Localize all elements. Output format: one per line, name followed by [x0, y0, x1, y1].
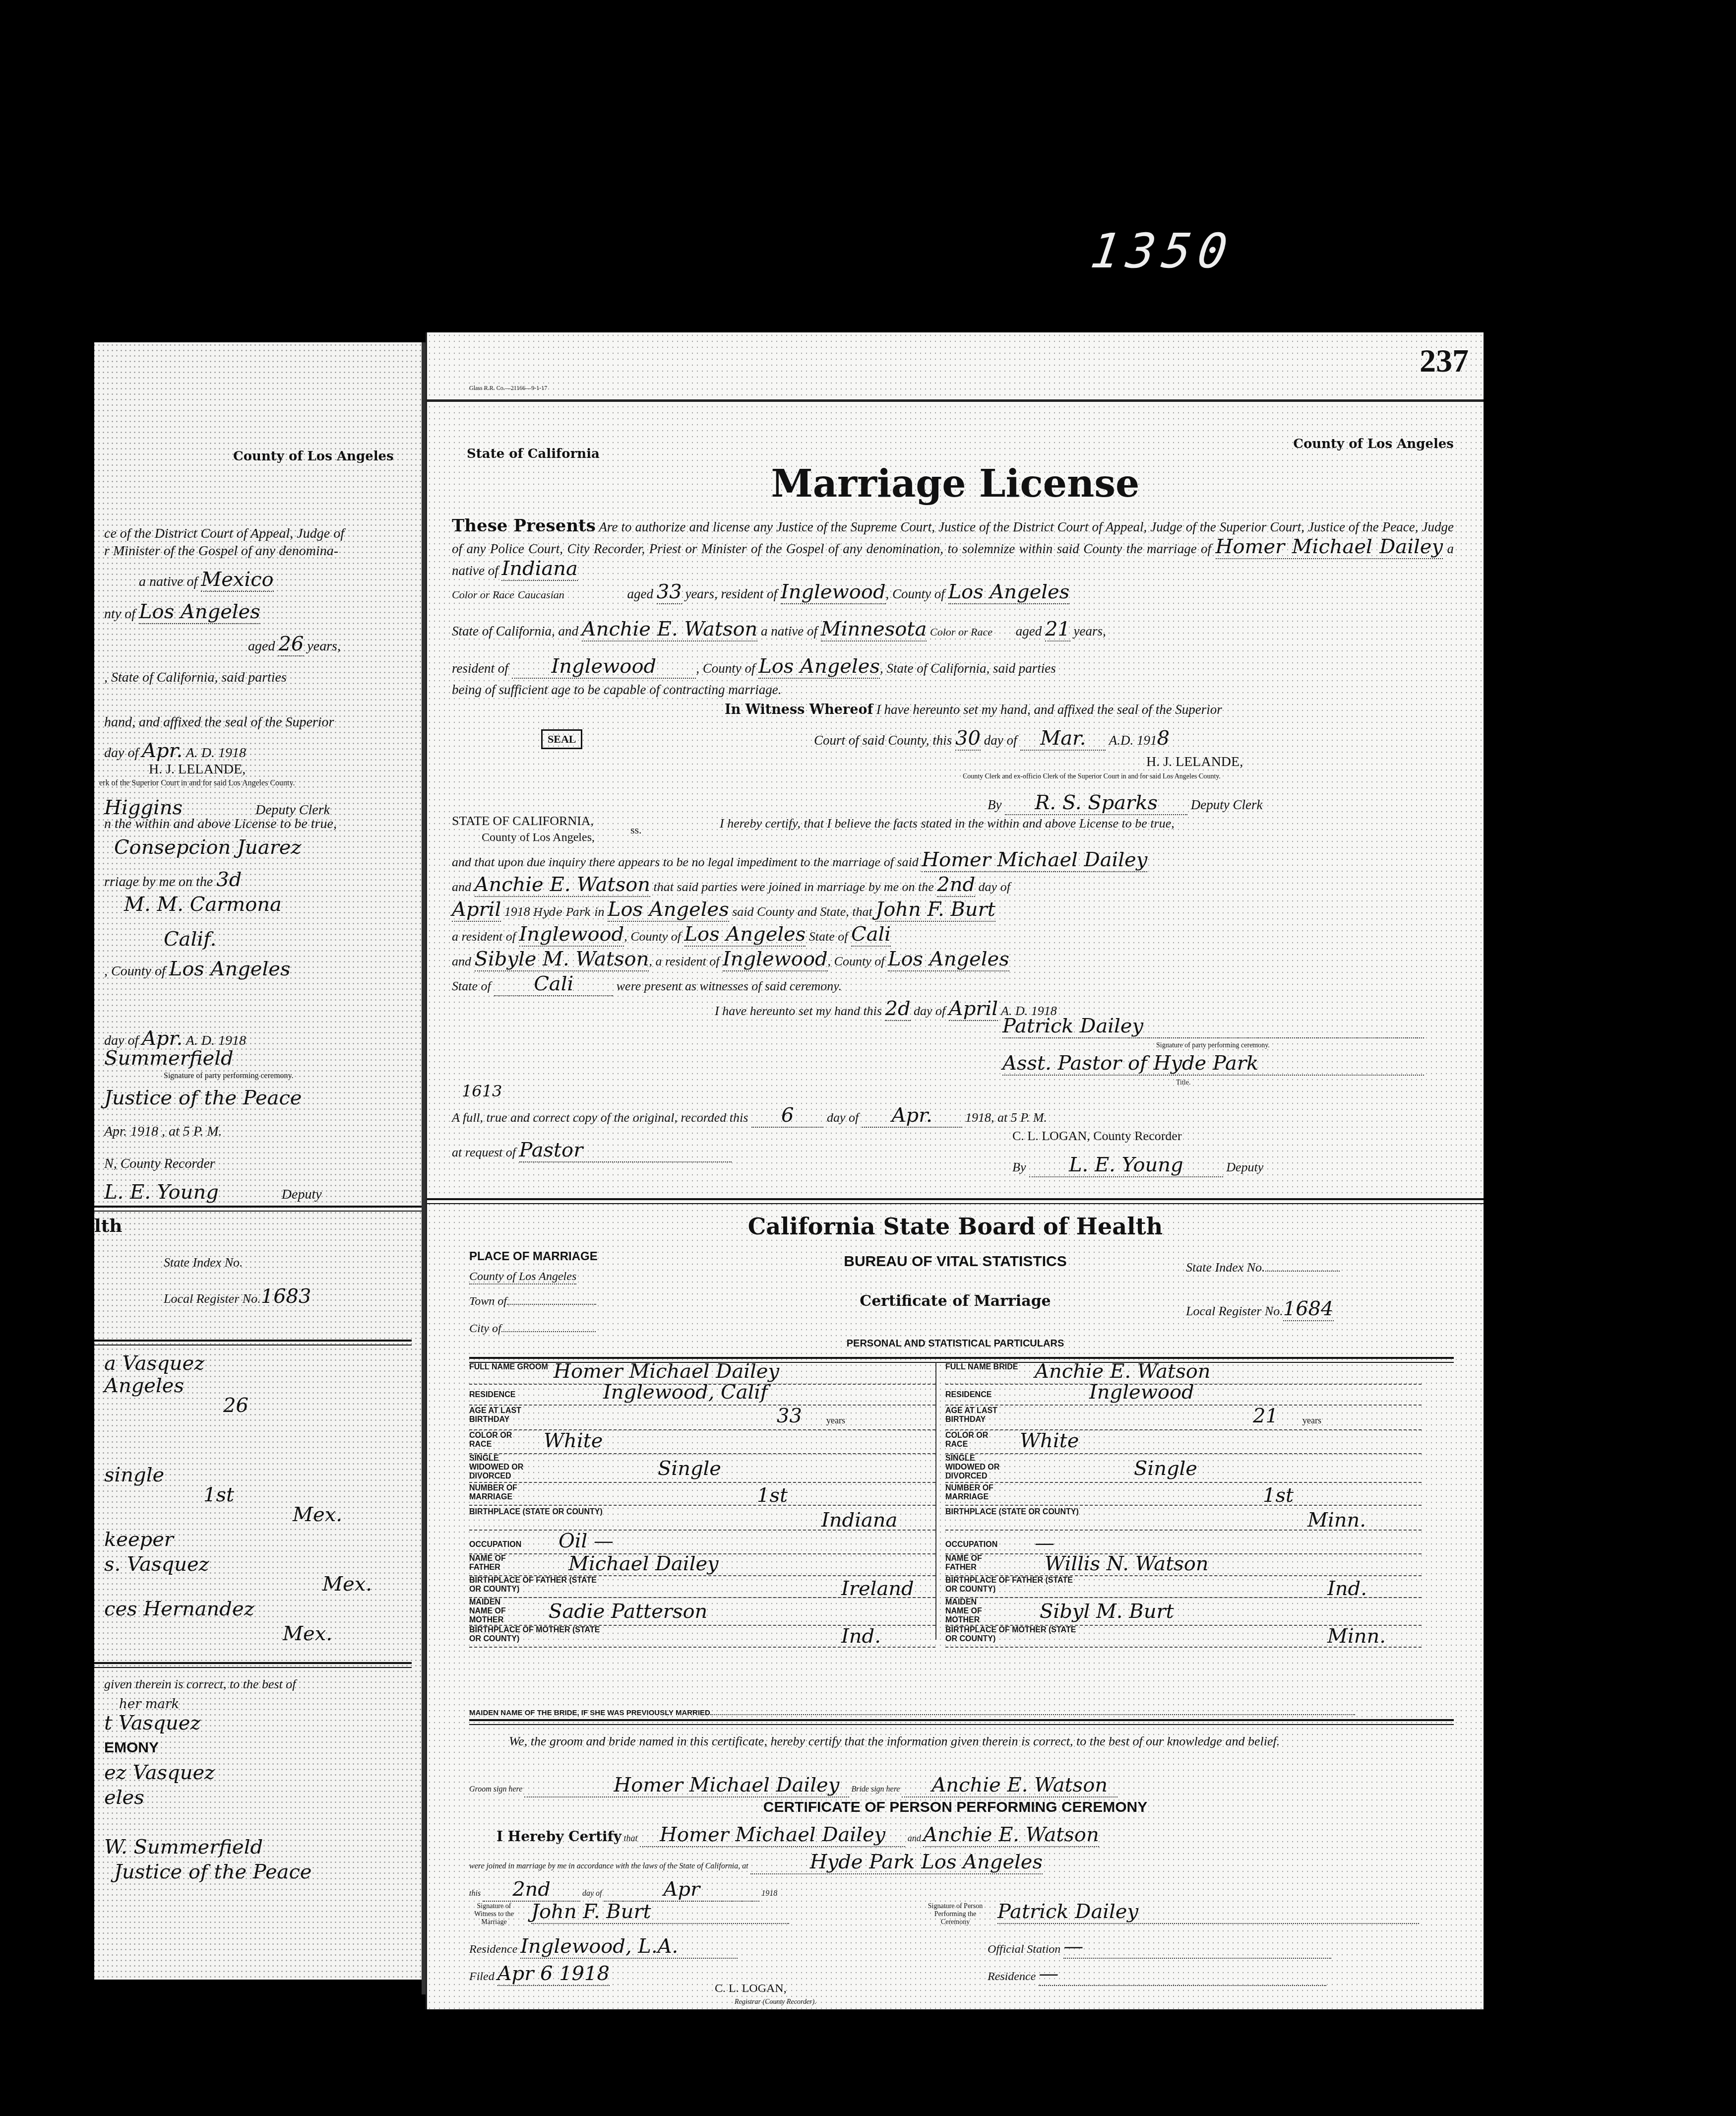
label: this [469, 1889, 481, 1898]
present-line: State of Cali were present as witnesses … [452, 972, 1454, 995]
county-of-la-label: County of Los Angeles, [482, 831, 595, 844]
label: County of [630, 929, 681, 944]
groom-row: BIRTHPLACE (State or County)Indiana [469, 1505, 935, 1531]
label: FULL NAME GROOM [469, 1363, 549, 1372]
label: Local Register No. [164, 1291, 261, 1306]
city-field [501, 1331, 596, 1332]
microfilm-frame-number: 1350 [1087, 223, 1238, 279]
label: BIRTHPLACE OF FATHER (State or County) [469, 1576, 608, 1594]
label: SINGLE WIDOWED OR DIVORCED [469, 1454, 539, 1481]
local-register-label: Local Register No. [1186, 1304, 1283, 1318]
county-recorder: C. L. LOGAN, County Recorder [1012, 1129, 1182, 1144]
label: BIRTHPLACE OF MOTHER (State or County) [469, 1626, 608, 1644]
left-performer-frag: W. Summerfield [104, 1836, 263, 1859]
performer-signature: Patrick Dailey [997, 1900, 1419, 1924]
clerk-title: County Clerk and ex-officio Clerk of the… [963, 773, 1221, 781]
label: and that upon due inquiry there appears … [452, 855, 919, 869]
left-affirm-frag: given therein is correct, to the best of [104, 1677, 296, 1692]
label: aged [1016, 624, 1042, 639]
bride-father-name: Willis N. Watson [1045, 1552, 1209, 1575]
label: that said parties were joined in marriag… [654, 880, 934, 894]
ceremony-date-line: this 2nd day of Apr 1918 [469, 1878, 777, 1901]
label: A. D. 1918 [186, 745, 246, 761]
left-frag-line: r Minister of the Gospel of any denomina… [104, 543, 338, 559]
bride-native-of: Minnesota [821, 618, 927, 641]
left-bride-name: Consepcion Juarez [114, 836, 302, 859]
sig-label: Signature of party performing ceremony. [1156, 1042, 1270, 1050]
recorder-deputy-line: By L. E. Young Deputy [1012, 1154, 1454, 1176]
groom-occupation: Oil — [558, 1530, 614, 1552]
left-occ: keeper [104, 1528, 174, 1551]
left-health-fragment: lth [94, 1216, 122, 1236]
bride-name: Anchie E. Watson [582, 618, 758, 641]
left-sig-label: Signature of party performing ceremony. [164, 1072, 294, 1081]
left-age: 26 [278, 633, 304, 656]
recorder-deputy-signature: L. E. Young [1029, 1154, 1223, 1177]
left-ceremony-frag: EMONY [104, 1741, 159, 1754]
groom-native-of: Indiana [501, 557, 577, 581]
left-sig-frag: t Vasquez [104, 1712, 201, 1734]
filed-date: Apr 6 1918 [497, 1962, 610, 1986]
license-title: Marriage License [427, 461, 1484, 506]
witness2-residence: Inglewood [723, 948, 828, 971]
divider [94, 1662, 412, 1668]
label: years, [1074, 624, 1106, 639]
groom-marriage-number: 1st [757, 1484, 788, 1507]
groom-row: BIRTHPLACE OF MOTHER (State or County)In… [469, 1625, 935, 1648]
label: in [594, 904, 604, 919]
left-county: Los Angeles [139, 600, 260, 624]
label: RESIDENCE [945, 1389, 992, 1402]
recorded-day: 6 [751, 1104, 823, 1128]
groom-status-value: Single [658, 1457, 721, 1480]
label: Caucasian [518, 588, 564, 601]
top-rule [427, 399, 1484, 402]
bride-residence-value: Inglewood [1089, 1381, 1194, 1404]
groom-details-line: Color or Race Caucasian aged 33 years, r… [452, 580, 1454, 603]
bride-row: BIRTHPLACE OF FATHER (State or County)In… [945, 1575, 1422, 1598]
left-recorder: N, County Recorder [104, 1156, 215, 1172]
bride-row: NAME OF FATHERWillis N. Watson [945, 1553, 1422, 1576]
witness1-line: a resident of Inglewood, County of Los A… [452, 923, 1454, 946]
left-mother: ces Hernandez [104, 1598, 254, 1620]
label: day of [582, 1889, 602, 1898]
groom-age-value: 33 [777, 1405, 802, 1427]
local-register-number: 1684 [1283, 1297, 1334, 1321]
performer-residence: — [1039, 1962, 1326, 1986]
label: BIRTHPLACE OF MOTHER (State or County) [945, 1626, 1084, 1644]
left-married-day: 3d [216, 868, 242, 891]
recorded-line: A full, true and correct copy of the ori… [452, 1104, 1454, 1127]
label: NUMBER OF MARRIAGE [945, 1484, 1010, 1502]
groom-row: BIRTHPLACE OF FATHER (State or County)Ir… [469, 1575, 935, 1598]
left-her-mark: her mark [119, 1697, 179, 1712]
cert-place: Los Angeles [608, 898, 729, 922]
left-clerk-title: erk of the Superior Court in and for sai… [99, 779, 295, 788]
label: years, [307, 639, 341, 654]
left-bp: Mex. [293, 1503, 342, 1526]
label: years [1302, 1415, 1321, 1426]
label: years [826, 1415, 845, 1426]
state-header: State of California [467, 447, 600, 461]
label: By [1012, 1160, 1026, 1174]
label: day of [827, 1110, 859, 1125]
official-station: — [1063, 1935, 1331, 1959]
label: , County of [104, 963, 166, 979]
groom-county: Los Angeles [948, 580, 1070, 604]
label: County of [892, 586, 945, 601]
groom-row: AGE AT LAST BIRTHDAY33years [469, 1405, 935, 1430]
state-index-field [1265, 1271, 1340, 1272]
label: Court of said County, this [814, 733, 952, 748]
particulars-label: PERSONAL AND STATISTICAL PARTICULARS [427, 1337, 1484, 1350]
ceremony-year: 1918 [761, 1889, 777, 1898]
label: that [624, 1833, 638, 1843]
witness-signature: John F. Burt [531, 1900, 789, 1924]
label: RESIDENCE [469, 1389, 515, 1402]
cert-bride: Anchie E. Watson [923, 1823, 1099, 1847]
book-gutter [422, 342, 426, 1994]
witness1-state: Cali [851, 923, 891, 947]
label: Color or Race [452, 588, 514, 601]
groom-row: MAIDEN NAME OF MOTHERSadie Patterson [469, 1597, 935, 1626]
cert-bride-name: Anchie E. Watson [475, 873, 651, 897]
left-age2: 26 [223, 1394, 248, 1417]
left-performer-title: Justice of the Peace [114, 1860, 312, 1883]
left-status: single [104, 1464, 164, 1486]
left-clerk: H. J. LELANDE, [149, 762, 246, 777]
label: Color or Race [930, 626, 992, 638]
label: 1918 [965, 1110, 991, 1125]
label: County of [703, 661, 755, 676]
groom-birthplace: Indiana [821, 1509, 897, 1532]
left-within-text: n the within and above License to be tru… [104, 816, 337, 832]
label: By [988, 797, 1001, 812]
sign-month: April [949, 997, 998, 1021]
place-county: County of Los Angeles [469, 1270, 576, 1284]
left-deputy2: L. E. Young [104, 1181, 219, 1204]
label: OCCUPATION [469, 1539, 521, 1551]
left-page-fragment: County of Los Angeles ce of the District… [74, 342, 422, 1980]
label: Deputy [282, 1187, 322, 1202]
bride-row: SINGLE WIDOWED OR DIVORCEDSingle [945, 1453, 1422, 1483]
label: a native of [761, 624, 817, 639]
cert-month: April [452, 898, 501, 922]
label: day of [914, 1004, 945, 1018]
left-officiant-sig: Summerfield [104, 1047, 234, 1070]
label: BIRTHPLACE (State or County) [469, 1507, 618, 1518]
request-line: at request of Pastor [452, 1139, 732, 1161]
label: day of [104, 1033, 138, 1048]
sufficient-age-text: being of sufficient age to be capable of… [452, 682, 781, 698]
left-county2: Los Angeles [169, 958, 291, 980]
bride-details-line: State of California, and Anchie E. Watso… [452, 618, 1454, 641]
groom-mother-name: Sadie Patterson [549, 1600, 707, 1623]
label: years, resident of [685, 586, 777, 601]
groom-row: COLOR OR RACEWhite [469, 1429, 935, 1454]
label: , at 5 P. M. [991, 1110, 1047, 1125]
label: a resident of [452, 929, 516, 944]
bride-row: NUMBER OF MARRIAGE1st [945, 1482, 1422, 1506]
bride-row: OCCUPATION— [945, 1530, 1422, 1554]
witness-residence: Inglewood, L.A. [520, 1935, 738, 1959]
cert-groom-name: Homer Michael Dailey [922, 848, 1147, 872]
left-local-register: 1683 [261, 1285, 311, 1308]
bride-race-value: White [1020, 1429, 1079, 1452]
state-index-label: State Index No. [1186, 1260, 1265, 1275]
seal-box: SEAL [541, 729, 582, 749]
label: nty of [104, 606, 135, 622]
record-number: 1613 [462, 1082, 502, 1100]
place-line: April 1918 Hyde Park in Los Angeles said… [452, 898, 1454, 921]
city-label: City of [469, 1322, 501, 1335]
left-state-index-label: State Index No. [164, 1255, 243, 1270]
left-state-parties: , State of California, said parties [104, 670, 287, 686]
bride-row: BIRTHPLACE OF MOTHER (State or County)Mi… [945, 1625, 1422, 1648]
left-state: Calif. [164, 928, 216, 951]
bride-residence: Inglewood [512, 655, 696, 679]
presents-lead: These Presents [452, 516, 596, 536]
bride-row: AGE AT LAST BIRTHDAY21years [945, 1405, 1422, 1430]
label: I Hereby Certify [496, 1828, 621, 1845]
ss-label: ss. [630, 824, 642, 836]
witness2-state: Cali [494, 972, 613, 996]
groom-row: NAME OF FATHERMichael Dailey [469, 1553, 935, 1576]
label: Deputy Clerk [1191, 797, 1263, 812]
left-father: s. Vasquez [104, 1553, 209, 1576]
label: OCCUPATION [945, 1539, 997, 1551]
presents-paragraph: These Presents Are to authorize and lice… [452, 516, 1454, 580]
maiden-name-label: MAIDEN NAME OF THE BRIDE, IF SHE WAS PRE… [469, 1709, 710, 1717]
left-groom-frag: a Vasquez [104, 1352, 204, 1375]
bride-full-name: Anchie E. Watson [1035, 1360, 1211, 1383]
bride-county: Los Angeles [758, 655, 880, 679]
label: Residence [469, 1943, 517, 1956]
request-by: Pastor [519, 1139, 732, 1162]
joined-line: and Anchie E. Watson that said parties w… [452, 873, 1454, 896]
left-native-of: Mexico [201, 568, 273, 592]
label: and [452, 880, 471, 894]
groom-father-name: Michael Dailey [568, 1552, 719, 1575]
ceremony-day: 2nd [483, 1878, 580, 1902]
bride-particulars: FULL NAME BRIDEAnchie E. Watson RESIDENC… [945, 1362, 1422, 1640]
label: I have hereunto set my hand this [715, 1004, 882, 1018]
label: Deputy Clerk [255, 802, 330, 818]
label: State of California, said parties [886, 661, 1055, 676]
label: State of California, and [452, 624, 578, 639]
groom-residence: Inglewood [781, 580, 886, 604]
bride-row: BIRTHPLACE (State or County)Minn. [945, 1505, 1422, 1531]
groom-race-value: White [544, 1429, 603, 1452]
clerk-name: H. J. LELANDE, [1146, 754, 1243, 770]
bride-row: MAIDEN NAME OF MOTHERSibyl M. Burt [945, 1597, 1422, 1626]
label: 1918 [504, 904, 530, 919]
hereby-certify-line: I Hereby Certify that Homer Michael Dail… [496, 1823, 1454, 1846]
groom-signature: Homer Michael Dailey [524, 1774, 849, 1797]
label: A.D. 191 [1109, 733, 1157, 748]
label: A. D. 1918 [186, 1033, 246, 1048]
table-bottom-rule [469, 1719, 1454, 1725]
left-recorded: Apr. 1918 , at 5 P. M. [104, 1124, 222, 1140]
label: FULL NAME BRIDE [945, 1363, 1020, 1372]
groom-mother-birthplace: Ind. [841, 1625, 881, 1648]
label: aged [248, 639, 275, 654]
left-place-frag: eles [104, 1786, 144, 1809]
bride-occupation: — [1035, 1532, 1054, 1554]
groom-residence-value: Inglewood, Calif [603, 1381, 768, 1404]
section-divider [427, 1198, 1484, 1204]
bride-marriage-number: 1st [1263, 1484, 1294, 1507]
marriage-record-page: 237 Glass R.R. Co.—21166—9-1-17 State of… [426, 332, 1484, 2009]
label: Bride sign here [851, 1785, 900, 1794]
groom-age: 33 [657, 580, 682, 604]
issue-year-digit: 8 [1157, 727, 1169, 750]
label: day of [979, 880, 1010, 894]
left-seal-text: hand, and affixed the seal of the Superi… [104, 714, 334, 730]
label: and [908, 1833, 921, 1843]
left-num: 1st [203, 1483, 234, 1506]
ceremony-place: Hyde Park Los Angeles [750, 1851, 1043, 1874]
label: BIRTHPLACE OF FATHER (State or County) [945, 1576, 1084, 1594]
bride-age: 21 [1045, 618, 1070, 641]
label: MAIDEN NAME OF MOTHER [469, 1598, 519, 1625]
label: day of [984, 733, 1017, 748]
cert-day: 2nd [937, 873, 975, 897]
issue-month: Mar. [1020, 727, 1106, 751]
label: COLOR OR RACE [469, 1431, 529, 1449]
groom-row: RESIDENCEInglewood, Calif [469, 1384, 935, 1406]
torn-page-edge [74, 342, 94, 1980]
label: Official Station [988, 1943, 1060, 1956]
witness2-line: and Sibyle M. Watson, a resident of Ingl… [452, 948, 1454, 970]
label: Filed [469, 1970, 495, 1983]
printer-mark: Glass R.R. Co.—21166—9-1-17 [469, 385, 547, 392]
bride-mother-name: Sibyl M. Burt [1040, 1600, 1174, 1623]
ceremony-certificate-title: CERTIFICATE OF PERSON PERFORMING CEREMON… [427, 1801, 1484, 1814]
left-officiant-title: Justice of the Peace [104, 1087, 302, 1109]
groom-row: NUMBER OF MARRIAGE1st [469, 1482, 935, 1506]
label: resident of [452, 661, 508, 676]
left-witness1: M. M. Carmona [124, 893, 282, 916]
label: COLOR OR RACE [945, 1431, 1005, 1449]
performer-sig-label: Signature of Person Performing the Cerem… [923, 1903, 988, 1926]
label: State of [809, 929, 848, 944]
label: aged [627, 586, 653, 601]
county-header: County of Los Angeles [1293, 437, 1454, 451]
health-board-title: California State Board of Health [427, 1213, 1484, 1240]
label: A full, true and correct copy of the ori… [452, 1110, 748, 1125]
affirmation-text: We, the groom and bride named in this ce… [469, 1731, 1454, 1751]
bride-row: COLOR OR RACEWhite [945, 1429, 1422, 1454]
recorded-month: Apr. [862, 1104, 962, 1128]
label: and [452, 954, 471, 968]
deputy-clerk-line: By R. S. Sparks Deputy Clerk [988, 791, 1454, 814]
groom-full-name: Homer Michael Dailey [554, 1360, 779, 1383]
officiant-title: Asst. Pastor of Hyde Park [1002, 1052, 1424, 1076]
left-residence-frag: Angeles [104, 1374, 184, 1397]
bride-status-value: Single [1134, 1457, 1197, 1480]
label: a resident of [655, 954, 719, 968]
sign-day: 2d [885, 997, 910, 1021]
label: AGE AT LAST BIRTHDAY [945, 1407, 1025, 1424]
divider [94, 1206, 422, 1212]
label: In Witness Whereof [725, 702, 873, 717]
label: BIRTHPLACE (State or County) [945, 1507, 1094, 1518]
deputy-clerk-signature: R. S. Sparks [1005, 791, 1187, 815]
divider [94, 1340, 412, 1346]
groom-particulars: FULL NAME GROOMHomer Michael Dailey RESI… [469, 1362, 936, 1640]
registrar-name: C. L. LOGAN, [715, 1982, 787, 1995]
officiant-signature: Patrick Dailey [1002, 1015, 1424, 1038]
label: rriage by me on the [104, 874, 213, 890]
signature-line: Groom sign here Homer Michael Dailey Bri… [469, 1774, 1454, 1796]
label: a native of [139, 574, 197, 589]
label: said County and State, that [732, 904, 872, 919]
left-father-bp: Mex. [322, 1573, 372, 1596]
label: day of [104, 745, 138, 761]
groom-name: Homer Michael Dailey [1216, 535, 1443, 559]
witness-sig-label: Signature of Witness to the Marriage [469, 1903, 519, 1926]
state-of-california-label: STATE OF CALIFORNIA, [452, 814, 594, 829]
label: State of [452, 979, 491, 993]
witness1-residence: Inglewood [519, 923, 624, 947]
inquiry-line: and that upon due inquiry there appears … [452, 848, 1454, 871]
place-insert: Hyde Park [533, 906, 591, 919]
witness1-county: Los Angeles [684, 923, 806, 947]
title-label: Title. [1176, 1079, 1190, 1087]
ceremony-place-line: were joined in marriage by me in accorda… [469, 1851, 1454, 1873]
label: Deputy [1226, 1160, 1263, 1174]
label: Residence [988, 1970, 1036, 1983]
certify-text: I hereby certify, that I believe the fac… [720, 816, 1175, 831]
issue-day: 30 [955, 727, 981, 751]
witness2-county: Los Angeles [888, 948, 1009, 971]
registrar-title: Registrar (County Recorder). [735, 1998, 816, 2006]
witness2-name: Sibyle M. Watson [475, 948, 649, 971]
bride-mother-birthplace: Minn. [1327, 1625, 1386, 1648]
label: NUMBER OF MARRIAGE [469, 1484, 534, 1502]
label: SINGLE WIDOWED OR DIVORCED [945, 1454, 1015, 1481]
groom-row: OCCUPATIONOil — [469, 1530, 935, 1554]
label: Groom sign here [469, 1785, 522, 1794]
label: at request of [452, 1145, 516, 1159]
bride-signature: Anchie E. Watson [902, 1774, 1117, 1797]
bride-birthplace: Minn. [1307, 1509, 1366, 1532]
page-number: 237 [1420, 342, 1469, 380]
label: were present as witnesses of said ceremo… [617, 979, 842, 993]
maiden-name-field [710, 1714, 1355, 1715]
left-frag-line: ce of the District Court of Appeal, Judg… [104, 526, 344, 542]
groom-row: SINGLE WIDOWED OR DIVORCEDSingle [469, 1453, 935, 1483]
issue-date-line: Court of said County, this 30 day of Mar… [814, 727, 1454, 750]
bride-age-value: 21 [1253, 1405, 1278, 1427]
label: NAME OF FATHER [469, 1554, 524, 1572]
label: County of [834, 954, 885, 968]
bride-row: RESIDENCEInglewood [945, 1384, 1422, 1406]
label: were joined in marriage by me in accorda… [469, 1862, 748, 1870]
witness-whereof: In Witness Whereof I have hereunto set m… [725, 702, 1454, 717]
ceremony-month: Apr [604, 1878, 760, 1902]
label: MAIDEN NAME OF MOTHER [945, 1598, 995, 1625]
label: I have hereunto set my hand, and affixed… [876, 702, 1222, 717]
bride-residence-line: resident of Inglewood, County of Los Ang… [452, 655, 1454, 678]
left-month: Apr. [142, 739, 183, 762]
left-mother-bp: Mex. [283, 1622, 332, 1645]
left-county-header: County of Los Angeles [233, 449, 394, 464]
label: NAME OF FATHER [945, 1554, 1000, 1572]
witness1-name: John F. Burt [875, 898, 995, 922]
left-cert-frag: ez Vasquez [104, 1761, 215, 1784]
